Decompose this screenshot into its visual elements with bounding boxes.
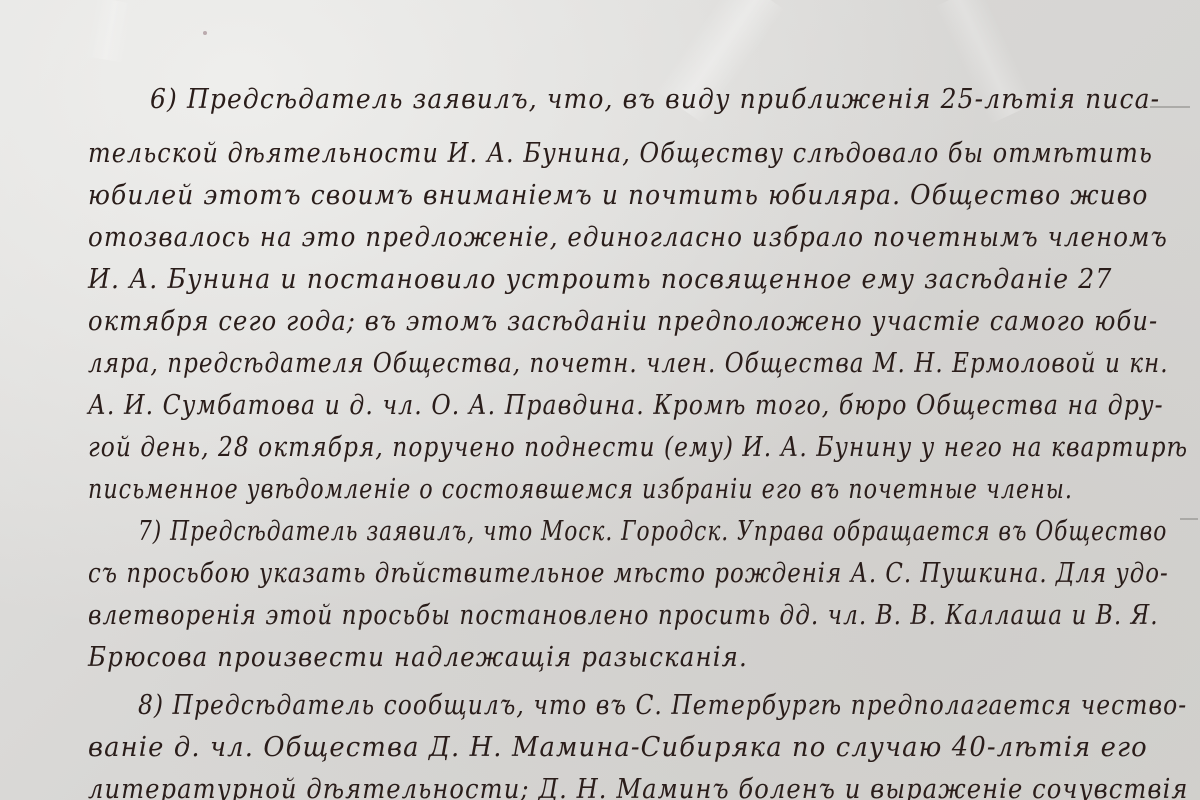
paragraph-6-line-3: юбилей этотъ своимъ вниманіемъ и почтить… bbox=[88, 180, 1149, 211]
paragraph-6-line-4: отозвалось на это предложеніе, единоглас… bbox=[88, 222, 1168, 253]
paper-crease bbox=[85, 0, 135, 63]
paragraph-8-line-3: литературной дѣятельности; Д. Н. Маминъ … bbox=[88, 774, 1188, 800]
paragraph-6-line-10: письменное увѣдомленіе о состоявшемся из… bbox=[88, 474, 1073, 505]
paragraph-6-line-2: тельской дѣятельности И. А. Бунина, Обще… bbox=[88, 138, 1153, 169]
manuscript-page: 6) Предсѣдатель заявилъ, что, въ виду пр… bbox=[0, 0, 1200, 800]
paragraph-6-line-7: ляра, предсѣдателя Общества, почетн. чле… bbox=[88, 348, 1169, 379]
paragraph-6-line-8: А. И. Сумбатова и д. чл. О. А. Правдина.… bbox=[88, 390, 1164, 421]
paragraph-6-line-9: гой день, 28 октября, поручено поднести … bbox=[88, 432, 1188, 463]
paragraph-6-line-5: И. А. Бунина и постановило устроить посв… bbox=[88, 264, 1112, 295]
paragraph-7-line-2: съ просьбою указать дѣйствительное мѣсто… bbox=[88, 558, 1169, 589]
paragraph-6-line-6: октября сего года; въ этомъ засѣданіи пр… bbox=[88, 306, 1158, 337]
paragraph-6-line-1: 6) Предсѣдатель заявилъ, что, въ виду пр… bbox=[150, 84, 1160, 115]
paragraph-7-line-4: Брюсова произвести надлежащія разысканія… bbox=[88, 642, 748, 673]
paragraph-8-line-2: ваніе д. чл. Общества Д. Н. Мамина-Сибир… bbox=[88, 732, 1148, 763]
paragraph-7-line-1: 7) Предсѣдатель заявилъ, что Моск. Город… bbox=[138, 516, 1167, 547]
paragraph-8-line-1: 8) Предсѣдатель сообщилъ, что въ С. Пете… bbox=[138, 690, 1187, 721]
margin-mark bbox=[1150, 106, 1190, 108]
paper-speck bbox=[203, 31, 207, 35]
paragraph-7-line-3: влетворенія этой просьбы постановлено пр… bbox=[88, 600, 1159, 631]
margin-mark bbox=[1180, 518, 1198, 520]
